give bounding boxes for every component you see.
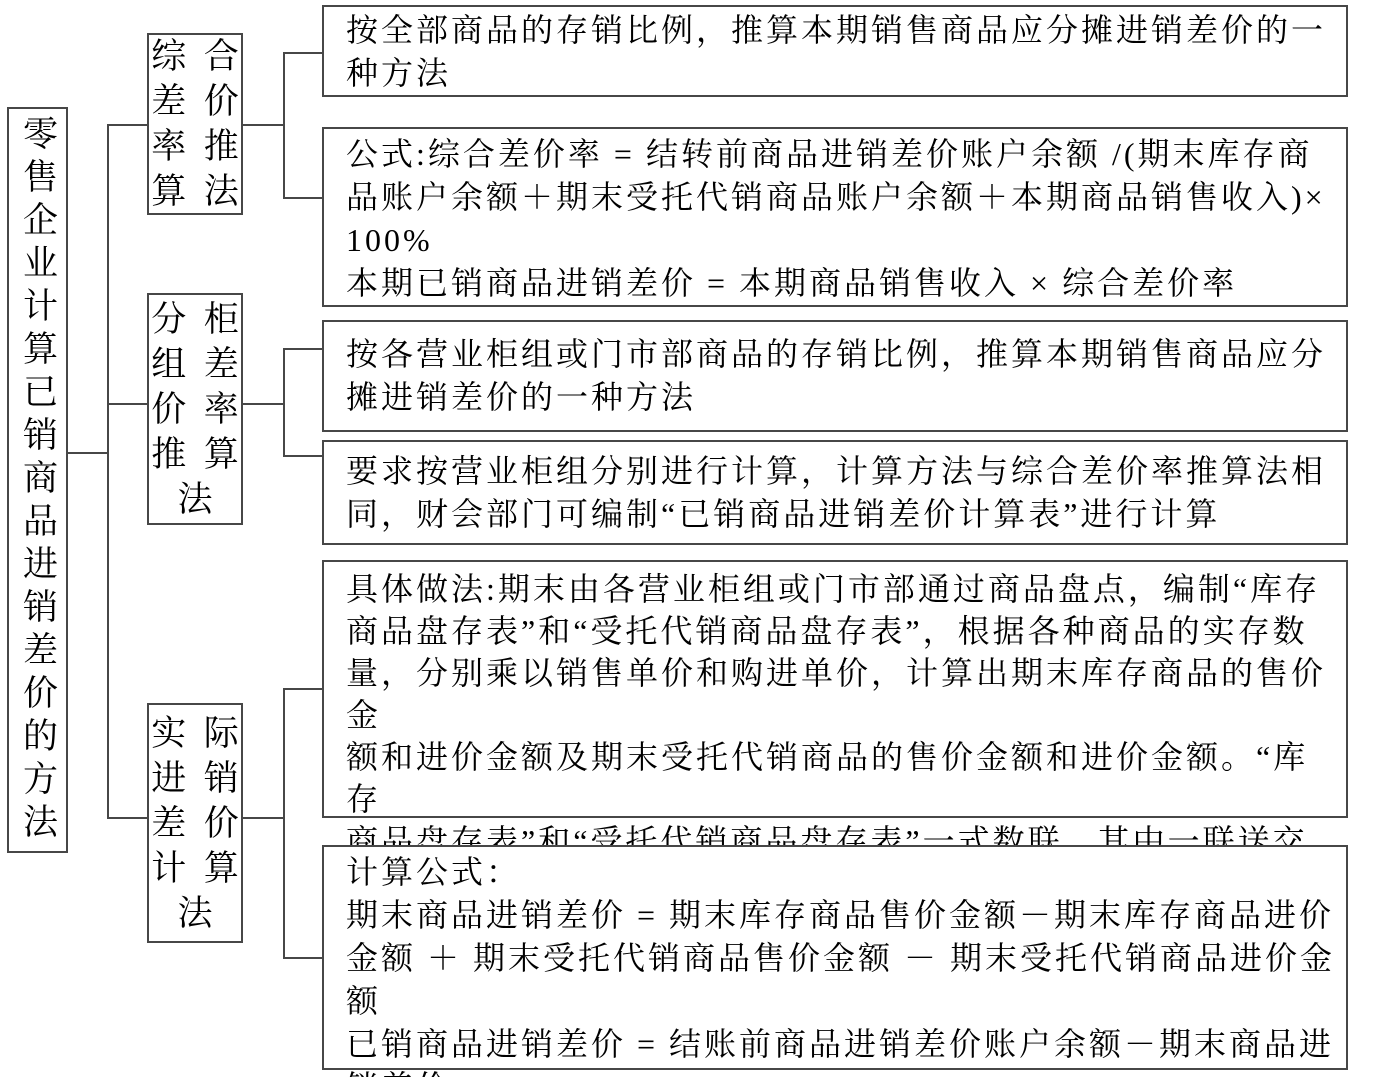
connector-trunk-to-method-3 — [107, 817, 147, 819]
detail-box-comprehensive-definition: 按全部商品的存销比例，推算本期销售商品应分摊进销差价的一 种方法 — [322, 5, 1348, 97]
bracket-2-vertical — [283, 348, 285, 457]
method-label-comprehensive-rate: 综合 差价 率推 算法 — [151, 34, 256, 214]
bracket-3-to-detail-3b — [283, 957, 322, 959]
root-node-box: 零售企业计算已销商品进销差价的方法 — [7, 107, 68, 853]
bracket-1-to-detail-1b — [283, 197, 322, 199]
connector-method-3-to-bracket — [243, 817, 283, 819]
method-label-actual-difference: 实际 进销 差价 计算 法 — [151, 711, 256, 936]
detail-box-actual-procedure: 具体做法:期末由各营业柜组或门市部通过商品盘点，编制“库存 商品盘存表”和“受托… — [322, 560, 1348, 818]
detail-box-comprehensive-formula: 公式:综合差价率 = 结转前商品进销差价账户余额 /(期末库存商 品账户余额＋期… — [322, 127, 1348, 307]
connector-method-2-to-bracket — [243, 403, 283, 405]
connector-trunk-vertical — [107, 124, 109, 819]
connector-method-1-to-bracket — [243, 124, 283, 126]
flowchart-canvas: 零售企业计算已销商品进销差价的方法 综合 差价 率推 算法 分柜 组差 价率 推… — [0, 0, 1374, 1077]
detail-box-counter-group-requirement: 要求按营业柜组分别进行计算，计算方法与综合差价率推算法相 同，财会部门可编制“已… — [322, 440, 1348, 545]
method-box-comprehensive-rate: 综合 差价 率推 算法 — [147, 33, 243, 215]
method-box-counter-group-rate: 分柜 组差 价率 推算 法 — [147, 293, 243, 525]
connector-trunk-to-method-2 — [107, 403, 147, 405]
detail-box-counter-group-definition: 按各营业柜组或门市部商品的存销比例，推算本期销售商品应分 摊进销差价的一种方法 — [322, 320, 1348, 432]
bracket-3-vertical — [283, 688, 285, 959]
method-label-counter-group-rate: 分柜 组差 价率 推算 法 — [151, 297, 256, 522]
connector-root-to-trunk — [68, 452, 107, 454]
method-box-actual-difference: 实际 进销 差价 计算 法 — [147, 703, 243, 943]
bracket-1-to-detail-1a — [283, 52, 322, 54]
bracket-2-to-detail-2b — [283, 455, 322, 457]
detail-box-actual-formula: 计算公式： 期末商品进销差价 = 期末库存商品售价金额－期末库存商品进价 金额 … — [322, 845, 1348, 1070]
connector-trunk-to-method-1 — [107, 124, 147, 126]
bracket-1-vertical — [283, 52, 285, 199]
bracket-3-to-detail-3a — [283, 688, 322, 690]
bracket-2-to-detail-2a — [283, 348, 322, 350]
root-node-label: 零售企业计算已销商品进销差价的方法 — [13, 115, 63, 846]
